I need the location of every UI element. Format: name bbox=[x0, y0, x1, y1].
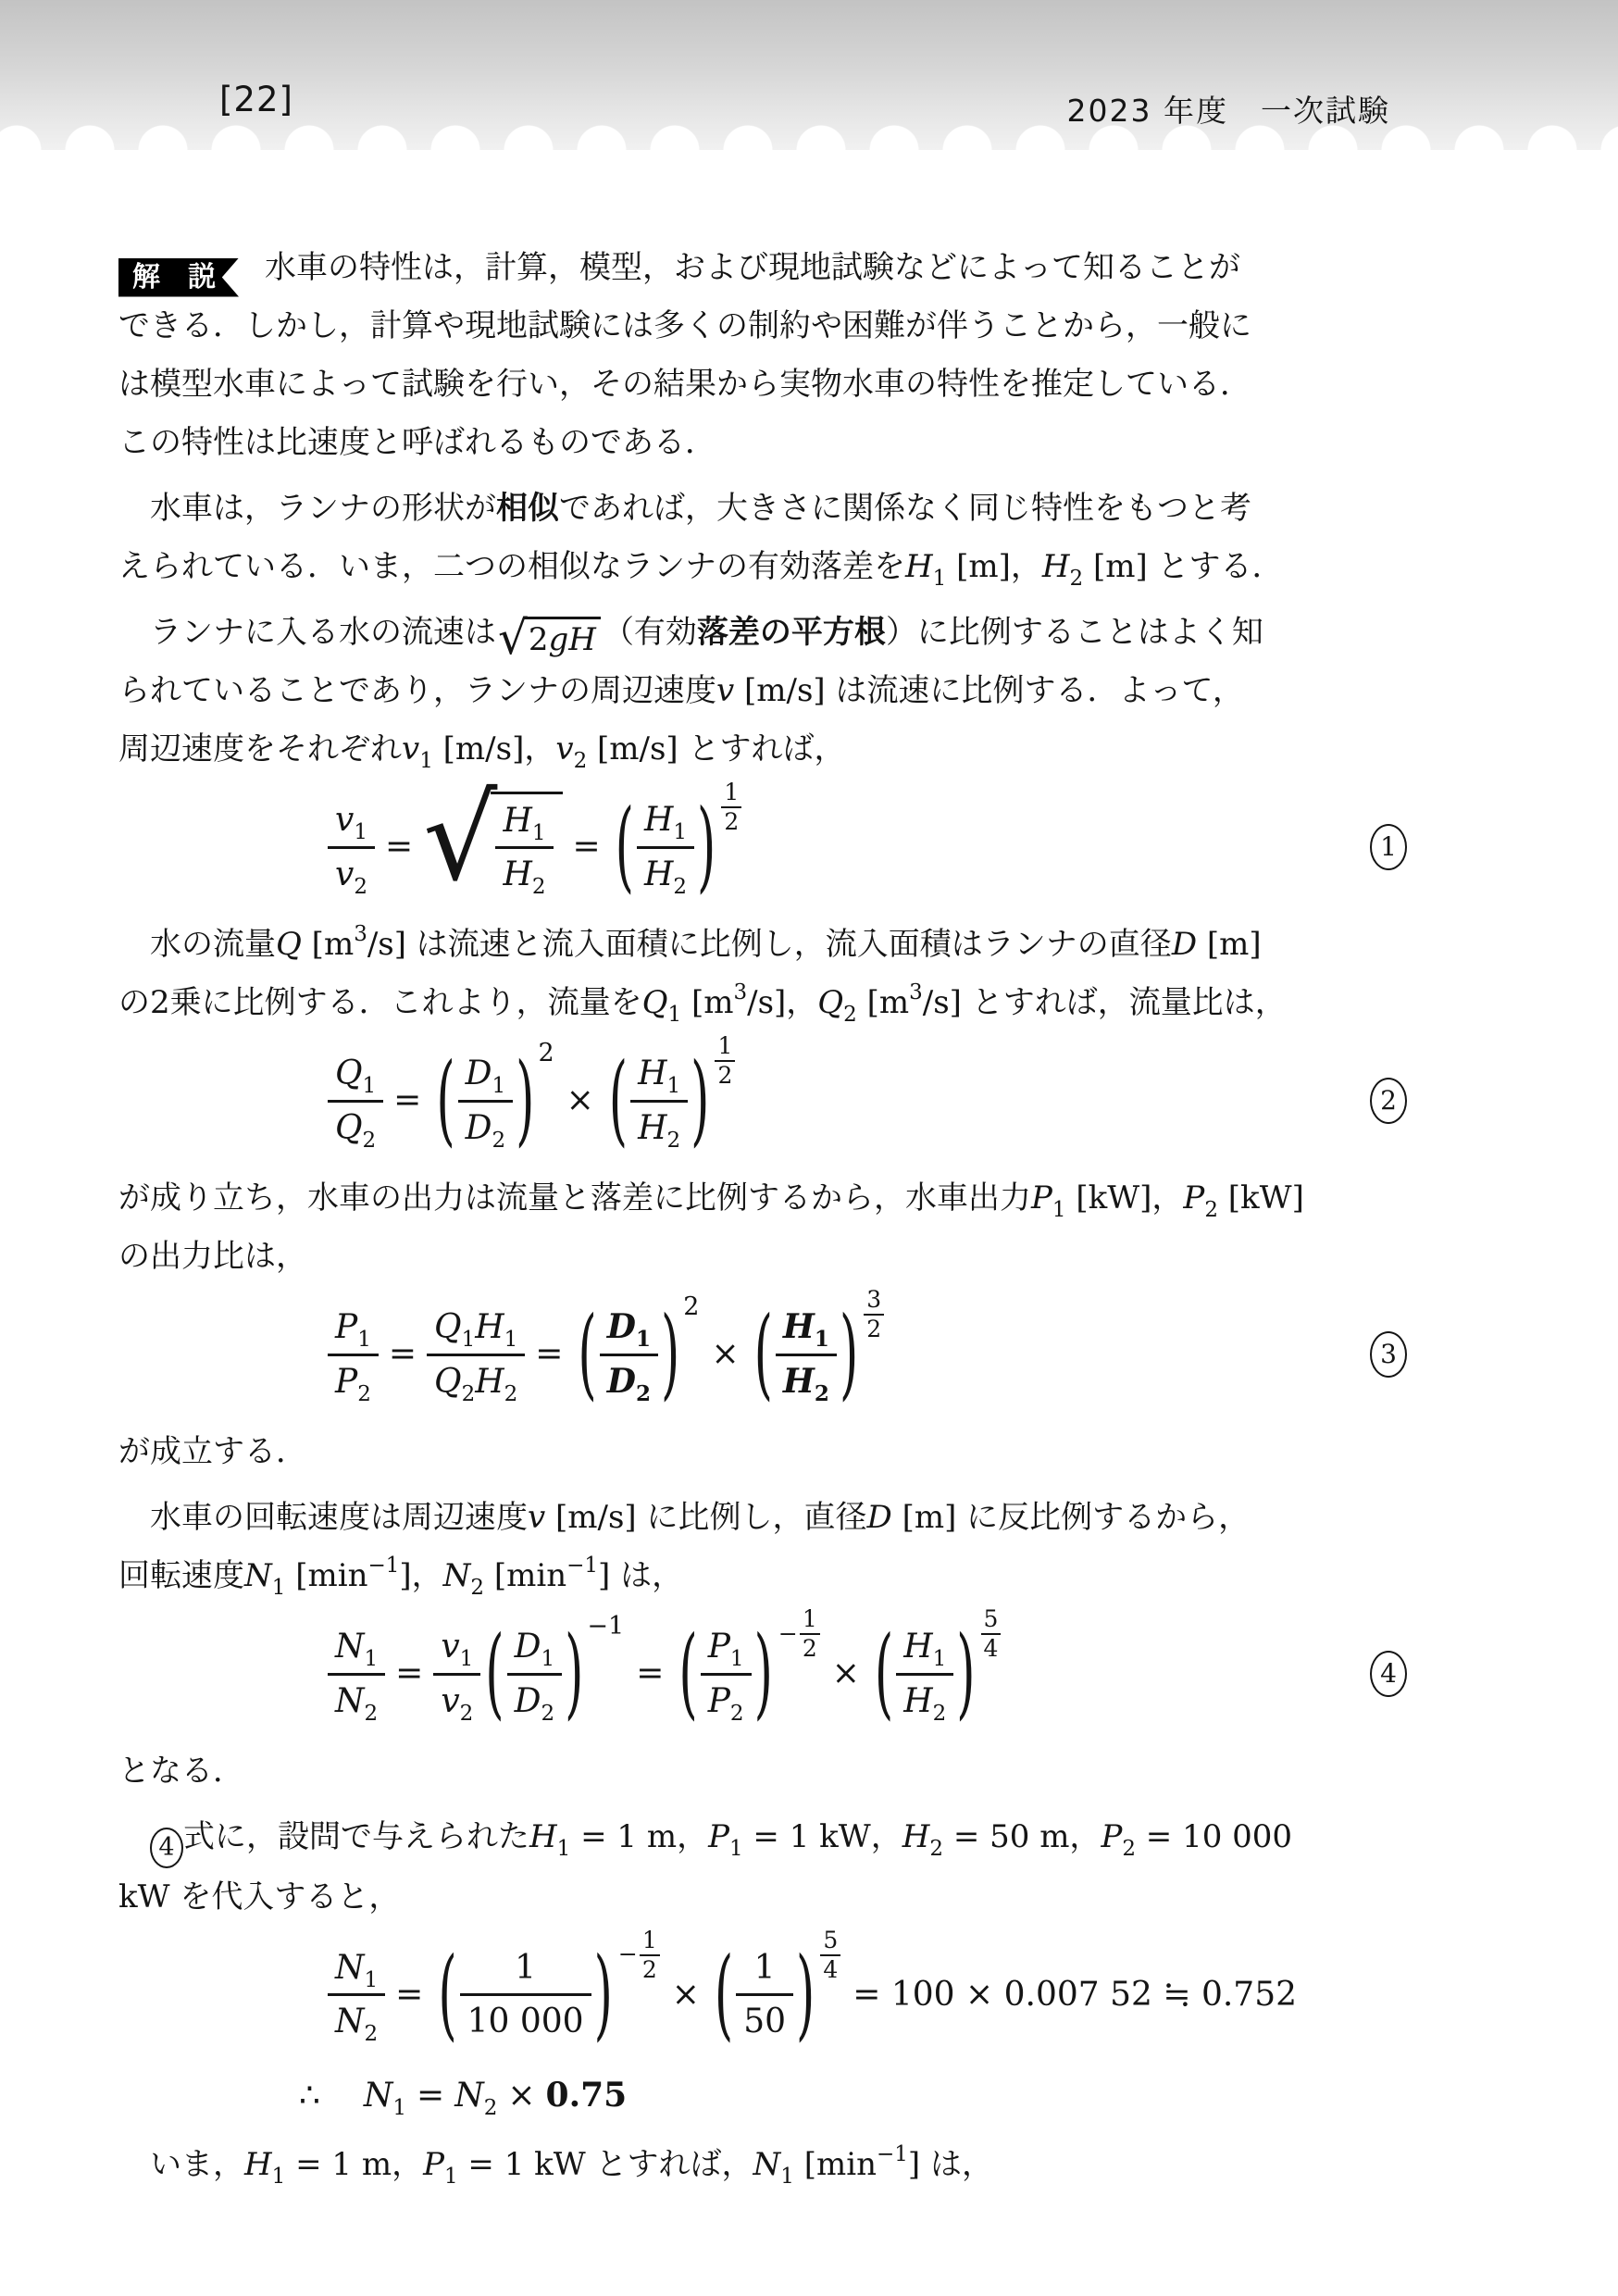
variable: Q1 bbox=[642, 984, 682, 1021]
exponent-numerator: 5 bbox=[981, 1606, 1002, 1635]
exponent-fraction: 54 bbox=[820, 1928, 840, 1983]
variable: Q2 bbox=[434, 1363, 475, 1401]
exponent-numerator: 1 bbox=[800, 1606, 820, 1635]
superscript: −1 bbox=[367, 1554, 399, 1578]
variable: H1 bbox=[244, 2146, 285, 2183]
text-segment: [min bbox=[794, 2146, 877, 2183]
text-segment: ∴ bbox=[299, 2077, 354, 2115]
text-line: 解 説水車の特性は，計算，模型，および現地試験などによって知ることが bbox=[118, 239, 1500, 297]
text-line: られていることであり，ランナの周辺速度v [m/s] は流速に比例する．よって， bbox=[118, 662, 1500, 720]
variable: H2 bbox=[903, 1682, 946, 1720]
numerator: H1 bbox=[637, 798, 694, 848]
text-line: いま，H1 = 1 m，P1 = 1 kW とすれば，N1 [min−1] は， bbox=[118, 2136, 1500, 2194]
fraction: N1N2 bbox=[328, 1946, 385, 2044]
exponent-fraction: −12 bbox=[618, 1928, 660, 1983]
text-segment: [m] に反比例するから， bbox=[892, 1499, 1250, 1536]
numerator: v1 bbox=[433, 1625, 480, 1675]
variable: v2 bbox=[555, 730, 587, 767]
text-segment: 回転速度 bbox=[118, 1557, 244, 1594]
equation-number: 4 bbox=[1370, 1651, 1407, 1697]
right-paren: ) bbox=[565, 1625, 583, 1724]
fraction: N1N2 bbox=[328, 1625, 385, 1723]
left-paren: ( bbox=[438, 1945, 456, 2044]
text-segment: の2乗に比例する．これより，流量を bbox=[118, 984, 642, 1021]
denominator: H2 bbox=[896, 1676, 953, 1723]
subscript: 2 bbox=[492, 1129, 506, 1153]
text-segment: 1 bbox=[515, 1949, 536, 1987]
denominator: D2 bbox=[458, 1103, 514, 1150]
right-paren: ) bbox=[516, 1052, 534, 1151]
text-segment: 2 bbox=[529, 621, 549, 658]
left-paren: ( bbox=[609, 1052, 628, 1151]
exponent-stack: 12 bbox=[640, 1928, 660, 1983]
subscript: 1 bbox=[933, 1647, 947, 1671]
subscript: 1 bbox=[504, 1328, 518, 1352]
equation-number: 2 bbox=[1370, 1078, 1407, 1124]
text-segment: 水車の特性は，計算，模型，および現地試験などによって知ることが bbox=[265, 249, 1240, 286]
variable: D2 bbox=[607, 1362, 651, 1401]
denominator: Q2H2 bbox=[427, 1356, 525, 1404]
variable: P1 bbox=[335, 1308, 371, 1346]
left-paren: ( bbox=[616, 798, 634, 897]
subscript: 2 bbox=[365, 1702, 379, 1726]
text-segment: [m bbox=[857, 984, 909, 1021]
fraction: Q1Q2 bbox=[328, 1052, 383, 1150]
text-segment: = 100 × 0.007 52 ≒ 0.752 bbox=[853, 1976, 1297, 2014]
paren-inner: P1P2 bbox=[701, 1625, 752, 1723]
exponent-stack: 12 bbox=[721, 780, 741, 835]
fraction: v1v2 bbox=[433, 1625, 480, 1723]
exponent-fraction: 12 bbox=[721, 780, 741, 835]
variable: N2 bbox=[335, 2003, 378, 2040]
paragraph: 4式に，設問で与えられたH1 = 1 m，P1 = 1 kW，H2 = 50 m… bbox=[118, 1808, 1500, 1927]
variable: P2 bbox=[708, 1682, 744, 1720]
denominator: 10 000 bbox=[460, 1996, 591, 2043]
exponent-numerator: 3 bbox=[864, 1287, 884, 1316]
text-segment bbox=[118, 1818, 150, 1855]
paren-inner: H1H2 bbox=[630, 1052, 688, 1150]
text-segment: [min bbox=[285, 1557, 367, 1594]
numerator: H1 bbox=[495, 799, 553, 849]
text-segment: = 10 000 bbox=[1136, 1818, 1292, 1855]
bold-text: 落差の平方根 bbox=[697, 614, 886, 651]
text-segment: × bbox=[832, 1654, 860, 1692]
paren-inner: D1D2 bbox=[600, 1305, 658, 1404]
subscript: 1 bbox=[357, 1328, 371, 1352]
equation-number: 1 bbox=[1370, 824, 1407, 870]
fraction: v1v2 bbox=[328, 798, 375, 896]
text-segment: /s] は流速と流入面積に比例し，流入面積はランナの直径 bbox=[367, 926, 1172, 963]
subscript: 2 bbox=[667, 1129, 681, 1153]
right-paren: ) bbox=[697, 798, 716, 897]
text-line: が成り立ち，水車の出力は流量と落差に比例するから，水車出力P1 [kW]，P2 … bbox=[118, 1169, 1500, 1228]
text-segment: [m bbox=[302, 926, 354, 963]
circled-number: 4 bbox=[150, 1828, 183, 1868]
variable: P2 bbox=[335, 1363, 371, 1401]
denominator: H2 bbox=[630, 1103, 688, 1150]
denominator: v2 bbox=[433, 1676, 480, 1723]
equation: N1N2=(110 000)−12×(150)54= 100 × 0.007 5… bbox=[118, 1934, 1500, 2056]
text-segment: （有効 bbox=[603, 614, 697, 651]
exponent-numerator: 5 bbox=[820, 1928, 840, 1956]
variable: v bbox=[716, 672, 734, 709]
variable: Q1 bbox=[335, 1054, 376, 1092]
text-line: となる． bbox=[118, 1742, 1500, 1801]
left-paren: ( bbox=[754, 1305, 773, 1404]
subscript: 1 bbox=[272, 2165, 286, 2189]
variable: P1 bbox=[708, 1818, 743, 1855]
subscript: 2 bbox=[363, 1129, 377, 1153]
variable: H1 bbox=[903, 1628, 946, 1666]
exponent-denominator: 2 bbox=[800, 1635, 820, 1662]
exponent: 2 bbox=[683, 1292, 699, 1321]
variable: H2 bbox=[902, 1818, 943, 1855]
exponent-stack: 54 bbox=[981, 1606, 1002, 1662]
text-segment: ] は， bbox=[908, 2146, 993, 2183]
subscript: 1 bbox=[363, 1074, 377, 1098]
exam-title: 2023 年度 一次試験 bbox=[1067, 87, 1390, 131]
text-segment: [m/s] は流速に比例する．よって， bbox=[734, 672, 1244, 709]
left-paren: ( bbox=[578, 1305, 596, 1404]
subscript: 1 bbox=[462, 1328, 476, 1352]
fraction: D1D2 bbox=[458, 1052, 514, 1150]
fraction: Q1H1Q2H2 bbox=[427, 1305, 525, 1404]
text-segment: = 1 m， bbox=[285, 2146, 423, 2183]
subscript: 1 bbox=[1052, 1198, 1066, 1222]
subscript: 2 bbox=[933, 1702, 947, 1726]
text-segment: = bbox=[393, 1081, 421, 1119]
text-segment: られていることであり，ランナの周辺速度 bbox=[118, 672, 716, 709]
exponent-fraction: 54 bbox=[981, 1606, 1002, 1662]
page-number: [22] bbox=[219, 80, 293, 119]
subscript: 1 bbox=[668, 1003, 682, 1027]
text-segment: 水車は，ランナの形状が bbox=[118, 490, 496, 527]
text-segment: kW を代入すると， bbox=[118, 1878, 400, 1915]
variable: H2 bbox=[644, 855, 687, 893]
text-line: 水車は，ランナの形状が相似であれば，大きさに関係なく同じ特性をもつと考 bbox=[118, 480, 1500, 538]
right-paren: ) bbox=[956, 1625, 975, 1724]
exponent-denominator: 2 bbox=[721, 808, 741, 835]
bold-text: 相似 bbox=[496, 490, 559, 527]
variable: N1 bbox=[244, 1557, 285, 1594]
exponent-numerator: 1 bbox=[721, 780, 741, 808]
variable: v2 bbox=[441, 1682, 473, 1720]
superscript: 3 bbox=[733, 980, 747, 1004]
right-paren: ) bbox=[840, 1305, 858, 1404]
text-segment: ]， bbox=[399, 1557, 442, 1594]
text-segment: [kW] bbox=[1218, 1179, 1304, 1217]
variable: H2 bbox=[783, 1362, 829, 1401]
subscript: 1 bbox=[780, 2165, 794, 2189]
exponent-fraction: −12 bbox=[778, 1606, 820, 1662]
variable: Q1 bbox=[434, 1308, 475, 1346]
minus-sign: − bbox=[778, 1621, 798, 1648]
variable: P2 bbox=[1101, 1818, 1136, 1855]
subscript: 1 bbox=[636, 1327, 651, 1352]
variable: H bbox=[568, 621, 596, 658]
variable: P1 bbox=[1031, 1179, 1066, 1217]
paren-group: (P1P2)−12 bbox=[676, 1625, 819, 1723]
variable: H2 bbox=[475, 1363, 517, 1401]
variable: H1 bbox=[905, 548, 946, 585]
exponent-denominator: 4 bbox=[981, 1635, 1002, 1662]
text-segment: 10 000 bbox=[467, 2003, 584, 2040]
paren-group: (150)54 bbox=[712, 1946, 840, 2044]
text-segment: = bbox=[573, 828, 601, 866]
denominator: v2 bbox=[328, 849, 375, 896]
paragraph: となる． bbox=[118, 1742, 1500, 1801]
text-segment: × bbox=[566, 1081, 594, 1119]
exponent-stack: 12 bbox=[715, 1033, 735, 1089]
text-segment: えられている．いま，二つの相似なランナの有効落差を bbox=[118, 548, 905, 585]
variable: D2 bbox=[515, 1682, 555, 1720]
paragraph: 水車の回転速度は周辺速度v [m/s] に比例し，直径D [m] に反比例するか… bbox=[118, 1489, 1500, 1605]
variable: N1 bbox=[335, 1628, 378, 1666]
subscript: 1 bbox=[815, 1327, 829, 1352]
paren-group: (D1D2)−1 bbox=[482, 1625, 624, 1723]
variable: v1 bbox=[402, 730, 433, 767]
subscript: 2 bbox=[357, 1382, 371, 1406]
numerator: v1 bbox=[328, 798, 375, 848]
text-segment: [m bbox=[681, 984, 733, 1021]
variable: D1 bbox=[466, 1054, 506, 1092]
fraction: P1P2 bbox=[328, 1305, 379, 1404]
variable: N1 bbox=[364, 2077, 406, 2115]
exponent-numerator: 1 bbox=[715, 1033, 735, 1062]
fraction: H1H2 bbox=[630, 1052, 688, 1150]
text-segment: この特性は比速度と呼ばれるものである． bbox=[118, 424, 716, 461]
exponent-denominator: 2 bbox=[864, 1316, 884, 1342]
subscript: 1 bbox=[492, 1074, 506, 1098]
variable: P1 bbox=[423, 2146, 458, 2183]
subscript: 1 bbox=[354, 820, 367, 844]
subscript: 2 bbox=[929, 1837, 943, 1861]
denominator: N2 bbox=[328, 1996, 385, 2043]
header-band: [22] 2023 年度 一次試験 bbox=[0, 0, 1618, 150]
subscript: 2 bbox=[504, 1382, 518, 1406]
denominator: 50 bbox=[736, 1996, 793, 2043]
paren-inner: H1H2 bbox=[637, 798, 694, 896]
text-segment: 50 bbox=[743, 2003, 786, 2040]
denominator: H2 bbox=[637, 849, 694, 896]
variable: v1 bbox=[441, 1628, 473, 1666]
variable: H1 bbox=[503, 802, 545, 840]
exponent-stack: 32 bbox=[864, 1287, 884, 1342]
exponent: 2 bbox=[538, 1039, 554, 1067]
variable: Q bbox=[276, 926, 302, 963]
variable: H1 bbox=[475, 1308, 517, 1346]
numerator: 1 bbox=[736, 1946, 793, 1996]
explanation-label: 解 説 bbox=[118, 258, 239, 297]
text-segment: /s]， bbox=[747, 984, 817, 1021]
text-line: の出力比は， bbox=[118, 1228, 1500, 1286]
superscript: 3 bbox=[354, 922, 367, 946]
numerator: H1 bbox=[896, 1625, 953, 1675]
subscript: 2 bbox=[354, 875, 367, 899]
numerator: P1 bbox=[328, 1305, 379, 1355]
right-paren: ) bbox=[796, 1945, 815, 2044]
numerator: H1 bbox=[776, 1305, 837, 1355]
numerator: D1 bbox=[458, 1052, 514, 1102]
right-paren: ) bbox=[691, 1052, 709, 1151]
text-segment: /s] とすれば，流量比は， bbox=[923, 984, 1287, 1021]
page: [22] 2023 年度 一次試験 解 説水車の特性は，計算，模型，および現地試… bbox=[0, 0, 1618, 2296]
text-segment: [m/s]， bbox=[433, 730, 555, 767]
denominator: H2 bbox=[495, 849, 553, 896]
text-segment: [m]， bbox=[946, 548, 1042, 585]
subscript: 1 bbox=[532, 821, 546, 845]
exponent-fraction: 12 bbox=[715, 1033, 735, 1089]
subscript: 1 bbox=[729, 1837, 743, 1861]
paren-group: (H1H2)54 bbox=[872, 1625, 1002, 1723]
text-segment: [min bbox=[484, 1557, 566, 1594]
fraction: D1D2 bbox=[507, 1625, 563, 1723]
variable: H2 bbox=[503, 855, 545, 893]
subscript: 1 bbox=[365, 1647, 379, 1671]
variable: v2 bbox=[335, 855, 367, 893]
text-segment: [m] とする． bbox=[1083, 548, 1283, 585]
text-segment: [m/s] とすれば， bbox=[587, 730, 845, 767]
variable: H1 bbox=[529, 1818, 570, 1855]
left-paren: ( bbox=[875, 1625, 893, 1724]
equation: P1P2=Q1H1Q2H2=(D1D2)2×(H1H2)323 bbox=[118, 1293, 1500, 1416]
variable: g bbox=[549, 621, 569, 658]
subscript: 2 bbox=[673, 875, 687, 899]
text-segment: = bbox=[535, 1335, 563, 1373]
left-paren: ( bbox=[678, 1625, 697, 1724]
superscript: −1 bbox=[566, 1554, 598, 1578]
subscript: 1 bbox=[392, 2096, 406, 2120]
paragraph: 水の流量Q [m3/s] は流速と流入面積に比例し，流入面積はランナの直径D [… bbox=[118, 916, 1500, 1032]
denominator: N2 bbox=[328, 1676, 385, 1723]
subscript: 1 bbox=[933, 567, 947, 591]
text-segment: となる． bbox=[118, 1753, 244, 1790]
text-segment: 水車の回転速度は周辺速度 bbox=[118, 1499, 528, 1536]
text-line: 4式に，設問で与えられたH1 = 1 m，P1 = 1 kW，H2 = 50 m… bbox=[118, 1808, 1500, 1868]
paragraph: いま，H1 = 1 m，P1 = 1 kW とすれば，N1 [min−1] は， bbox=[118, 2136, 1500, 2194]
content-area: 解 説水車の特性は，計算，模型，および現地試験などによって知ることができる．しか… bbox=[0, 150, 1618, 2194]
text-segment: [kW]， bbox=[1066, 1179, 1184, 1217]
numerator: P1 bbox=[701, 1625, 752, 1675]
exponent: −1 bbox=[587, 1612, 624, 1641]
paragraph: 水車は，ランナの形状が相似であれば，大きさに関係なく同じ特性をもつと考えられてい… bbox=[118, 480, 1500, 596]
text-segment: 周辺速度をそれぞれ bbox=[118, 730, 402, 767]
equation-number: 3 bbox=[1370, 1331, 1407, 1378]
variable: P1 bbox=[708, 1628, 744, 1666]
subscript: 2 bbox=[541, 1702, 554, 1726]
paren-inner: 150 bbox=[736, 1946, 793, 2044]
superscript: 3 bbox=[909, 980, 923, 1004]
variable: H1 bbox=[644, 801, 687, 839]
text-segment: [m] bbox=[1197, 926, 1262, 963]
variable: D bbox=[867, 1499, 892, 1536]
variable: H1 bbox=[638, 1054, 680, 1092]
numerator: D1 bbox=[507, 1625, 563, 1675]
right-paren: ) bbox=[661, 1305, 679, 1404]
variable: Q2 bbox=[817, 984, 857, 1021]
text-segment: であれば，大きさに関係なく同じ特性をもつと考 bbox=[559, 490, 1251, 527]
numerator: N1 bbox=[328, 1946, 385, 1996]
subscript: 1 bbox=[730, 1647, 744, 1671]
paren-inner: H1H2 bbox=[896, 1625, 953, 1723]
fraction: 150 bbox=[736, 1946, 793, 2044]
subscript: 1 bbox=[541, 1647, 554, 1671]
variable: P2 bbox=[1183, 1179, 1218, 1217]
subscript: 2 bbox=[532, 875, 546, 899]
equation: ∴ N1 = N2 × 0.75 bbox=[118, 2064, 1500, 2128]
variable: v bbox=[528, 1499, 545, 1536]
subscript: 1 bbox=[460, 1647, 474, 1671]
variable: D1 bbox=[607, 1307, 651, 1346]
variable: D2 bbox=[466, 1109, 506, 1147]
numerator: Q1 bbox=[328, 1052, 383, 1102]
numerator: N1 bbox=[328, 1625, 385, 1675]
subscript: 1 bbox=[557, 1837, 571, 1861]
paren-inner: H1H2 bbox=[776, 1305, 837, 1404]
text-segment: 式に，設問で与えられた bbox=[183, 1818, 529, 1855]
paren-group: (D1D2)2 bbox=[575, 1305, 699, 1404]
text-segment: = 1 m， bbox=[570, 1818, 708, 1855]
variable: N2 bbox=[454, 2077, 497, 2115]
left-paren: ( bbox=[715, 1945, 733, 2044]
radicand: H1H2 bbox=[491, 792, 562, 897]
sqrt: √2gH bbox=[498, 617, 601, 660]
radicand: 2gH bbox=[524, 617, 601, 660]
subscript: 2 bbox=[1070, 567, 1084, 591]
text-line: えられている．いま，二つの相似なランナの有効落差をH1 [m]，H2 [m] と… bbox=[118, 538, 1500, 596]
numerator: H1 bbox=[630, 1052, 688, 1102]
right-paren: ) bbox=[594, 1945, 613, 2044]
paren-inner: 110 000 bbox=[460, 1946, 591, 2044]
equation: v1v2=√H1H2=(H1H2)121 bbox=[118, 786, 1500, 908]
fraction: H1H2 bbox=[637, 798, 694, 896]
superscript: −1 bbox=[877, 2142, 908, 2166]
variable: Q2 bbox=[335, 1109, 376, 1147]
subscript: 2 bbox=[365, 2022, 379, 2046]
text-segment: 水の流量 bbox=[118, 926, 276, 963]
text-line: は模型水車によって試験を行い，その結果から実物水車の特性を推定している． bbox=[118, 356, 1500, 414]
left-paren: ( bbox=[485, 1625, 504, 1724]
text-segment: が成り立ち，水車の出力は流量と落差に比例するから，水車出力 bbox=[118, 1179, 1031, 1217]
text-segment: は模型水車によって試験を行い，その結果から実物水車の特性を推定している． bbox=[118, 366, 1251, 403]
denominator: H2 bbox=[776, 1356, 837, 1404]
subscript: 1 bbox=[365, 1968, 379, 1992]
subscript: 2 bbox=[636, 1381, 651, 1406]
variable: D1 bbox=[515, 1628, 555, 1666]
fraction: 110 000 bbox=[460, 1946, 591, 2044]
variable: N1 bbox=[753, 2146, 794, 2183]
text-line: kW を代入すると， bbox=[118, 1868, 1500, 1927]
subscript: 2 bbox=[470, 1576, 484, 1600]
paren-group: (110 000)−12 bbox=[435, 1946, 659, 2044]
text-segment: できる．しかし，計算や現地試験には多くの制約や困難が伴うことから，一般に bbox=[118, 307, 1251, 344]
numerator: Q1H1 bbox=[427, 1305, 525, 1355]
subscript: 2 bbox=[462, 1382, 476, 1406]
fraction: P1P2 bbox=[701, 1625, 752, 1723]
subscript: 2 bbox=[843, 1003, 857, 1027]
text-segment: ）に比例することはよく知 bbox=[886, 614, 1263, 651]
variable: H2 bbox=[1042, 548, 1083, 585]
variable: N2 bbox=[335, 1682, 378, 1720]
paren-inner: D1D2 bbox=[458, 1052, 514, 1150]
text-line: 水車の回転速度は周辺速度v [m/s] に比例し，直径D [m] に反比例するか… bbox=[118, 1489, 1500, 1547]
text-line: ランナに入る水の流速は√2gH（有効落差の平方根）に比例することはよく知 bbox=[118, 604, 1500, 662]
text-line: 回転速度N1 [min−1]，N2 [min−1] は， bbox=[118, 1547, 1500, 1605]
paren-group: (H1H2)32 bbox=[752, 1305, 885, 1404]
text-segment: [m/s] に比例し，直径 bbox=[545, 1499, 866, 1536]
text-segment: × bbox=[507, 2077, 535, 2115]
paren-group: (D1D2)2 bbox=[433, 1052, 554, 1150]
